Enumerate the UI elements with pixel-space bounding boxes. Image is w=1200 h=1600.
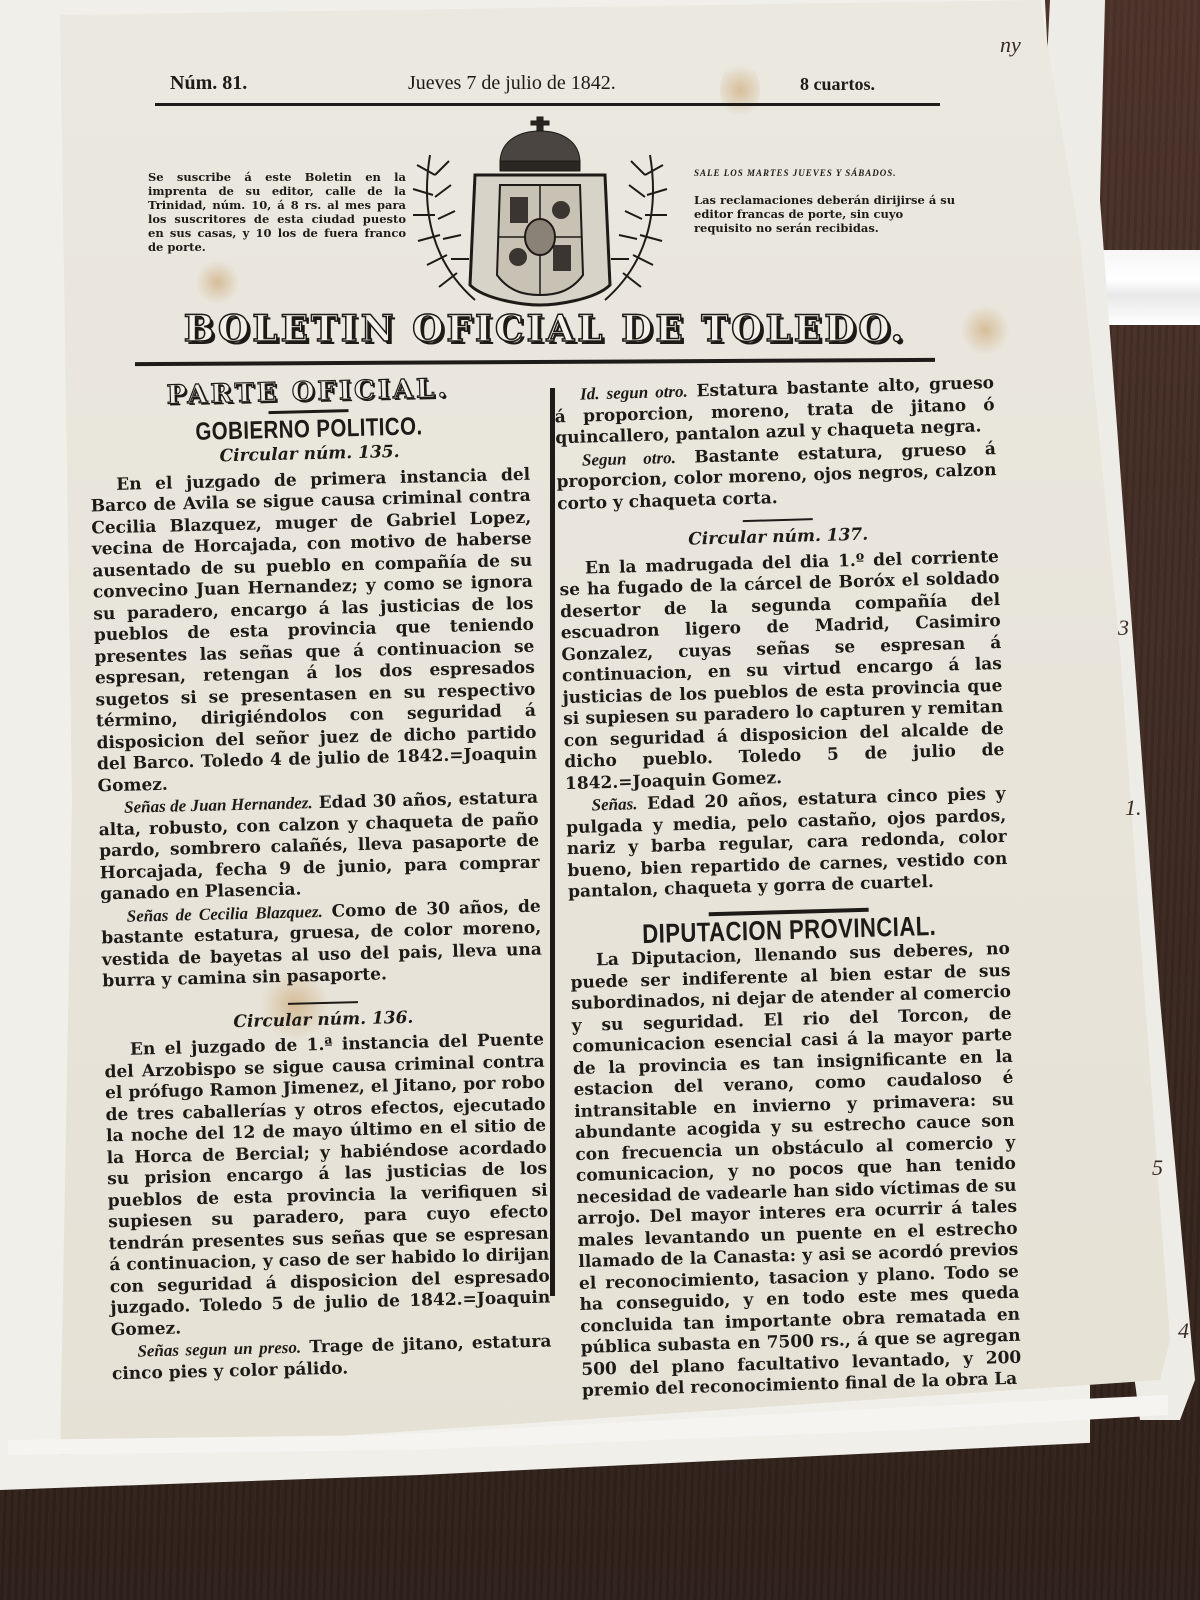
diputacion-body: La Diputacion, llenando sus deberes, no … <box>570 939 1022 1403</box>
margin-note: 3 <box>1118 615 1129 641</box>
royal-coat-of-arms-icon <box>405 115 675 310</box>
issue-date: Jueves 7 de julio de 1842. <box>408 72 616 95</box>
short-rule <box>743 518 813 522</box>
foxing-stain <box>720 60 760 120</box>
foxing-stain <box>960 305 1010 355</box>
right-column: Id. segun otro. Estatura bastante alto, … <box>554 372 1022 1402</box>
handwritten-mark: ny <box>1000 32 1021 58</box>
newspaper-masthead: BOLETIN OFICIAL DE TOLEDO. <box>165 308 925 350</box>
subscription-notice: Se suscribe á este Boletin en la imprent… <box>148 170 406 254</box>
signs-label: Señas. <box>591 794 637 814</box>
signs-label: Señas segun un preso. <box>137 1338 301 1361</box>
circular-136-body: En el juzgado de 1.ª instancia del Puent… <box>104 1030 551 1342</box>
issue-number: Núm. 81. <box>170 72 247 95</box>
signs-label: Id. segun otro. <box>580 382 688 404</box>
short-rule <box>288 1001 358 1005</box>
subsection-title-gobierno-politico: GOBIERNO POLITICO. <box>128 414 489 444</box>
claims-notice: Las reclamaciones deberán dirijirse á su… <box>694 193 962 235</box>
signs-cecilia-blazquez: Señas de Cecilia Blazquez. Como de 30 añ… <box>101 895 543 993</box>
margin-note: 5 <box>1152 1155 1163 1181</box>
circular-137-body: En la madrugada del dia 1.º del corrient… <box>559 546 1005 795</box>
circular-135-body: En el juzgado de primera instancia del B… <box>90 464 538 797</box>
left-column: PARTE OFICIAL. GOBIERNO POLITICO. Circul… <box>88 377 552 1385</box>
header-rule <box>155 103 940 106</box>
signs-label: Segun otro. <box>582 447 676 469</box>
signs-id-segun-otro: Id. segun otro. Estatura bastante alto, … <box>554 372 996 450</box>
ornament-divider <box>268 409 348 414</box>
signs-juan-hernandez: Señas de Juan Hernandez. Edad 30 años, e… <box>98 787 541 906</box>
margin-note: 1. <box>1125 795 1142 821</box>
signs-label: Señas de Cecilia Blazquez. <box>127 901 323 925</box>
issue-price: 8 cuartos. <box>800 74 875 95</box>
signs-casimiro-gonzalez: Señas. Edad 20 años, estatura cinco pies… <box>565 783 1008 904</box>
margin-note: 4 <box>1178 1318 1189 1344</box>
column-divider <box>550 388 555 1296</box>
foxing-stain <box>195 260 240 305</box>
signs-label: Señas de Juan Hernandez. <box>124 793 313 817</box>
publication-days: SALE LOS MARTES JUEVES Y SÁBADOS. <box>694 168 964 178</box>
signs-segun-otro: Segun otro. Bastante estatura, grueso á … <box>556 438 998 516</box>
